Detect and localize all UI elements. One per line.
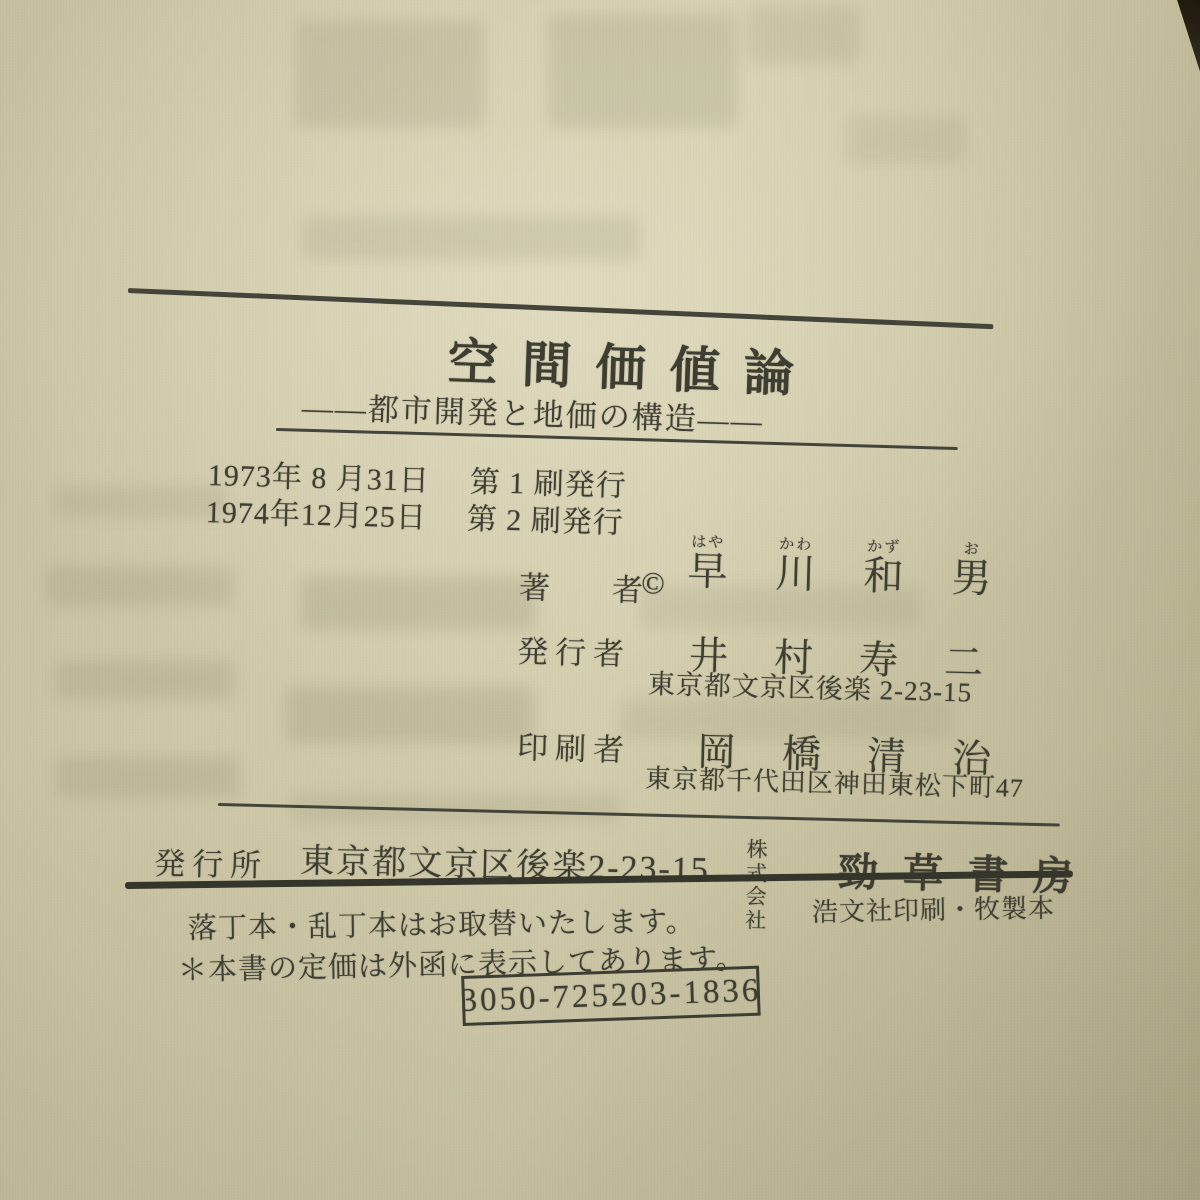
edition-2-label: 第 2 刷発行 bbox=[466, 494, 624, 542]
author-role-label: 著者 bbox=[519, 562, 706, 612]
author-char-2: 川かわ bbox=[775, 537, 817, 597]
author-char-3: 和かず bbox=[863, 539, 905, 599]
printer-role-label: 印刷者 bbox=[517, 722, 632, 770]
ghost-showthrough bbox=[302, 216, 640, 260]
publisher-role-label: 発行者 bbox=[517, 626, 632, 674]
office-role-label: 発行所 bbox=[154, 838, 269, 885]
edition-2-date: 1974年12月25日 bbox=[205, 487, 427, 537]
ghost-showthrough bbox=[295, 20, 485, 128]
copyright-mark: © bbox=[641, 565, 665, 602]
ghost-showthrough bbox=[56, 756, 240, 798]
ghost-showthrough bbox=[548, 14, 738, 128]
book-code: 3050-725203-1836 bbox=[460, 972, 762, 1019]
ghost-showthrough bbox=[55, 660, 235, 700]
author-name: 早はや 川かわ 和かず 男お bbox=[687, 534, 992, 601]
corporation-prefix: 株式 会社 bbox=[745, 838, 769, 933]
book-colophon-page: 空間価値論 ――都市開発と地価の構造―― 1973年 8 月31日 第 1 刷発… bbox=[0, 0, 1200, 1200]
ghost-showthrough bbox=[46, 566, 234, 606]
printing-binding-credit: 浩文社印刷・牧製本 bbox=[812, 888, 1056, 929]
ghost-showthrough bbox=[55, 486, 227, 518]
corp-prefix-bottom: 会社 bbox=[745, 885, 768, 932]
ghost-showthrough bbox=[846, 116, 966, 164]
ghost-showthrough bbox=[748, 6, 860, 64]
ghost-showthrough bbox=[286, 686, 534, 744]
ghost-showthrough bbox=[300, 576, 536, 630]
author-char-1: 早はや bbox=[687, 534, 729, 594]
book-code-box: 3050-725203-1836 bbox=[461, 966, 761, 1026]
author-char-4: 男お bbox=[951, 541, 993, 601]
